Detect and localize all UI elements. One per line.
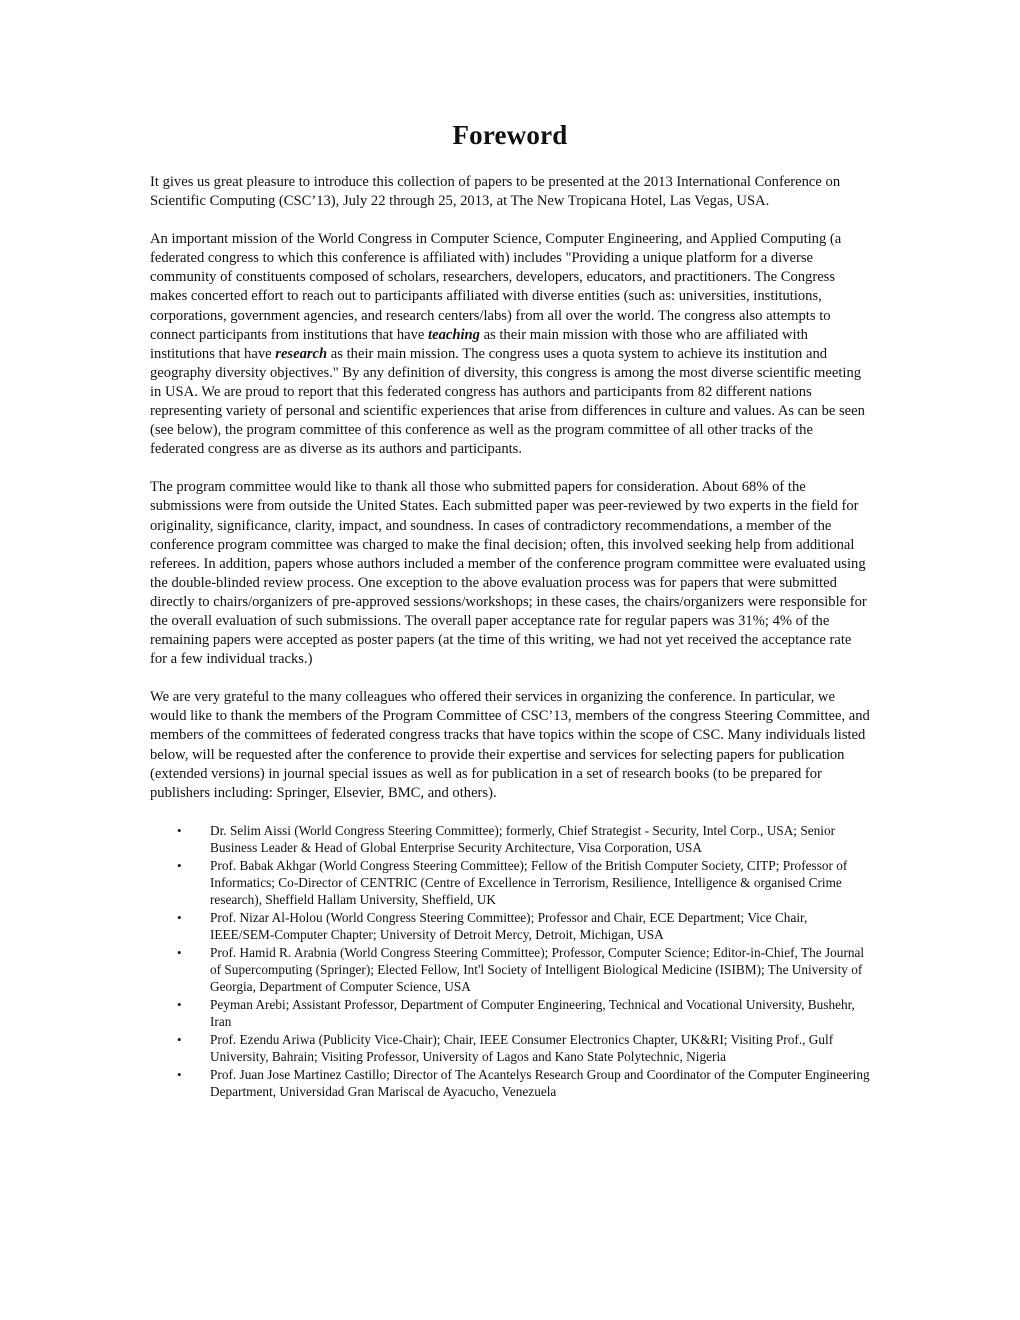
list-item: •Dr. Selim Aissi (World Congress Steerin… (150, 822, 870, 857)
bullet-icon: • (177, 909, 182, 926)
list-item: •Prof. Hamid R. Arabnia (World Congress … (150, 944, 870, 996)
bullet-icon: • (177, 1031, 182, 1048)
member-text: Prof. Ezendu Ariwa (Publicity Vice-Chair… (210, 1032, 833, 1064)
mission-text-3: as their main mission. The congress uses… (150, 346, 865, 457)
committee-member-list: •Dr. Selim Aissi (World Congress Steerin… (150, 822, 870, 1101)
review-process-paragraph: The program committee would like to than… (150, 478, 870, 669)
bullet-icon: • (177, 996, 182, 1013)
page-title: Foreword (150, 120, 870, 151)
intro-paragraph: It gives us great pleasure to introduce … (150, 173, 870, 211)
member-text: Prof. Juan Jose Martinez Castillo; Direc… (210, 1067, 870, 1099)
member-text: Prof. Babak Akhgar (World Congress Steer… (210, 858, 847, 908)
acknowledgement-paragraph: We are very grateful to the many colleag… (150, 688, 870, 803)
list-item: •Prof. Babak Akhgar (World Congress Stee… (150, 857, 870, 909)
emphasis-research: research (275, 346, 327, 362)
member-text: Dr. Selim Aissi (World Congress Steering… (210, 823, 835, 855)
mission-paragraph: An important mission of the World Congre… (150, 230, 870, 459)
list-item: •Peyman Arebi; Assistant Professor, Depa… (150, 996, 870, 1031)
list-item: •Prof. Juan Jose Martinez Castillo; Dire… (150, 1066, 870, 1101)
member-text: Prof. Nizar Al-Holou (World Congress Ste… (210, 910, 807, 942)
bullet-icon: • (177, 944, 182, 961)
emphasis-teaching: teaching (428, 327, 480, 343)
member-text: Peyman Arebi; Assistant Professor, Depar… (210, 997, 855, 1029)
document-page: Foreword It gives us great pleasure to i… (150, 120, 870, 1100)
member-text: Prof. Hamid R. Arabnia (World Congress S… (210, 945, 864, 995)
bullet-icon: • (177, 822, 182, 839)
list-item: •Prof. Ezendu Ariwa (Publicity Vice-Chai… (150, 1031, 870, 1066)
list-item: •Prof. Nizar Al-Holou (World Congress St… (150, 909, 870, 944)
bullet-icon: • (177, 857, 182, 874)
bullet-icon: • (177, 1066, 182, 1083)
